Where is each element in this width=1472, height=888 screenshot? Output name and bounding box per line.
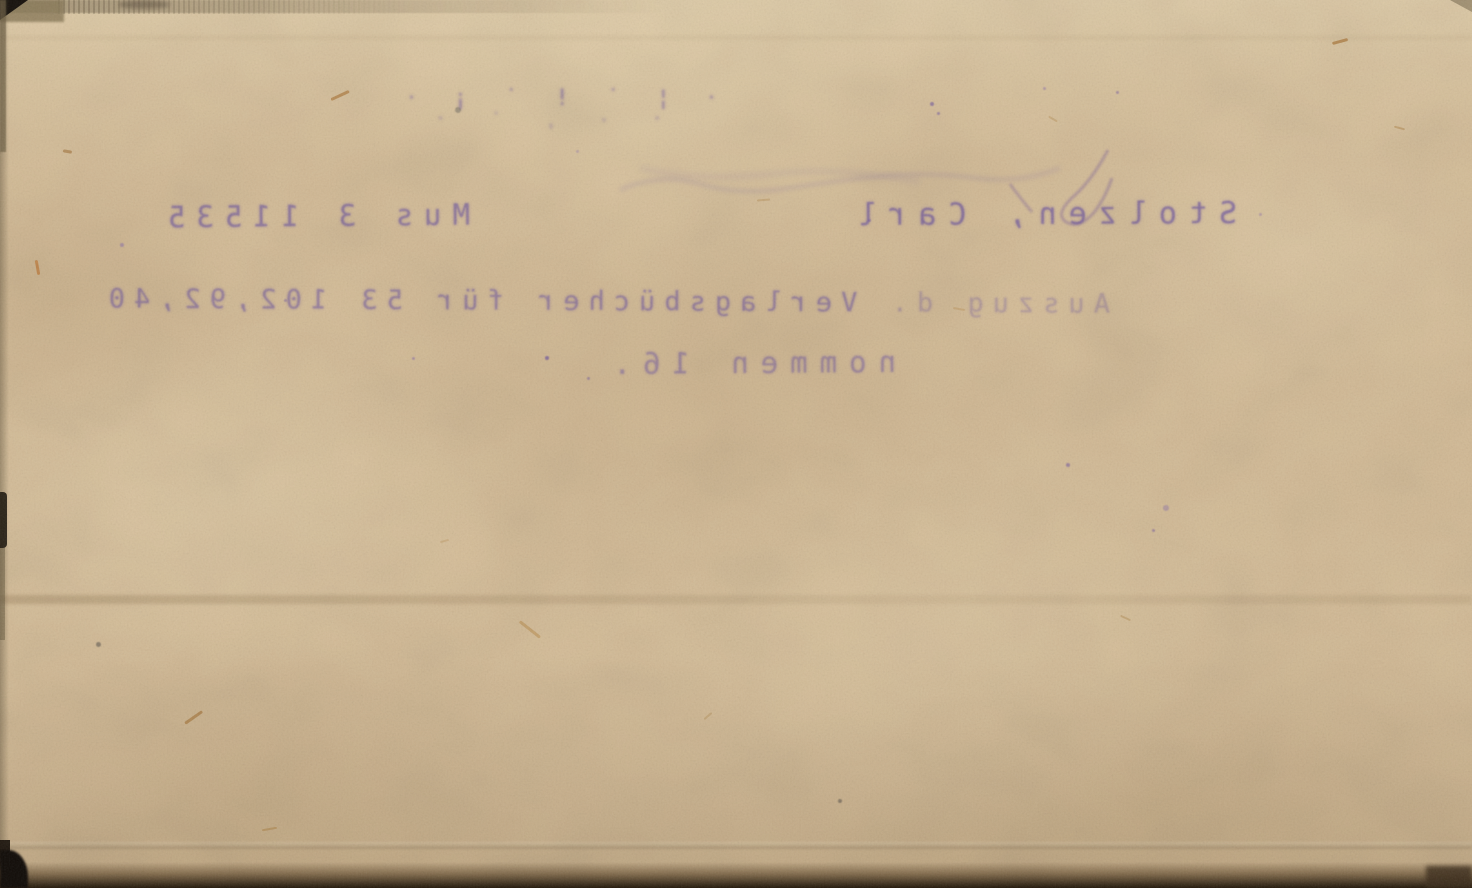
- bleedthrough-name-line: Stolzen, Carl: [845, 196, 1237, 233]
- paper-mottle: [0, 0, 1472, 888]
- bleedthrough-ledger-main: Verlagsbücher für 53 102,92,40: [100, 283, 858, 318]
- scan-corner-top-right: [1450, 0, 1472, 12]
- crease-line-bottom: [0, 842, 1472, 849]
- top-edge-smudge: [118, 0, 170, 9]
- bleedthrough-ledger-line: Auszug d. Verlagsbücher für 53 102,92,40: [88, 283, 1110, 319]
- paper-fiber: [440, 539, 449, 543]
- ink-fleck: [545, 356, 549, 360]
- paper-fiber: [35, 260, 41, 275]
- scan-edge-bottom: [0, 862, 1472, 888]
- faint-stamp-remnants-row1: · ¡ ˙ ! ˙ ¦ ·: [408, 86, 738, 111]
- paper-fiber: [1332, 38, 1348, 45]
- crease-line-middle: [0, 595, 1472, 604]
- paper-fiber: [63, 149, 72, 153]
- paper-fiber: [1120, 615, 1131, 621]
- scan-edge-left: [0, 0, 9, 888]
- ink-fleck: [576, 150, 579, 153]
- ink-fleck: [412, 357, 415, 360]
- ink-fleck: [937, 112, 940, 115]
- ink-fleck: [1043, 87, 1046, 90]
- bleedthrough-ledger-line2: nommen 16.: [596, 345, 896, 381]
- faint-stamp-remnants-row2: ˑ ˙ ˌ · ˑ: [438, 110, 718, 131]
- paper-fiber: [519, 620, 541, 638]
- paper-grain-dark: [0, 0, 1472, 888]
- paper-fiber: [704, 712, 713, 720]
- ink-fleck: [120, 243, 124, 247]
- scan-dither-strip: [58, 0, 418, 14]
- paper-mottle-noise: [0, 0, 1472, 888]
- bleedthrough-ledger-prefix: Auszug d.: [857, 287, 1110, 319]
- paper-fiber: [184, 710, 203, 724]
- handwriting-bleed-squiggles: [0, 0, 1472, 888]
- scan-corner-bottom-left: [0, 850, 28, 888]
- ink-fleck: [930, 102, 934, 106]
- paper-fiber: [330, 90, 349, 101]
- paper-grain-light: [0, 0, 1472, 888]
- paper-fiber: [1394, 126, 1405, 131]
- ink-fleck: [1066, 463, 1070, 467]
- scan-corner-bottom-right: [1426, 866, 1472, 888]
- paper-fiber: [1048, 116, 1058, 123]
- scanned-card-verso: · ¡ ˙ ! ˙ ¦ · ˑ ˙ ˌ · ˑ Mus 3 11535 Stol…: [0, 0, 1472, 888]
- ink-fleck: [587, 377, 590, 380]
- bleedthrough-shelfmark-line: Mus 3 11535: [148, 198, 470, 235]
- paper-fiber: [262, 827, 277, 832]
- ink-fleck: [1116, 91, 1119, 94]
- ink-fleck: [838, 799, 842, 803]
- ink-fleck: [1163, 505, 1169, 511]
- ink-fleck: [96, 642, 101, 647]
- ink-fleck: [1152, 529, 1155, 532]
- crease-line-top: [0, 36, 1472, 41]
- ink-fleck: [1259, 213, 1262, 216]
- paper-fiber: [757, 198, 770, 201]
